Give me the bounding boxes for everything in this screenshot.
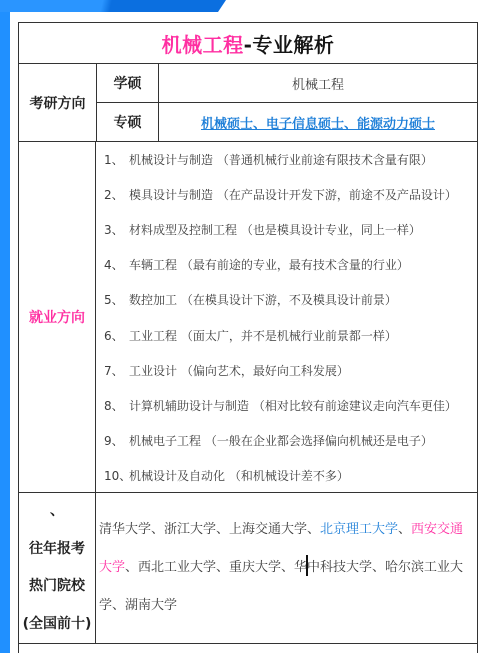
left-accent-bar (0, 0, 10, 653)
item-text: 工业工程 （面太广，并不是机械行业前景都一样） (129, 327, 397, 344)
item-number: 4、 (101, 256, 129, 273)
item-text: 模具设计与制造 （在产品设计开发下游，前途不及产品设计） (129, 186, 457, 203)
university-paragraph[interactable]: 清华大学、浙江大学、上海交通大学、北京理工大学、西安交通大学、西北工业大学、重庆… (96, 493, 477, 644)
item-text: 材料成型及控制工程 （也是模具设计专业，同上一样） (129, 221, 421, 238)
career-item: 5、 数控加工 （在模具设计下游，不及模具设计前景） (101, 282, 477, 317)
university-seg-plain: 、西北工业大学、重庆大学、华 (125, 560, 307, 575)
zhuanshuo-link[interactable]: 机械硕士、电子信息硕士、能源动力硕士 (201, 113, 435, 132)
item-number: 10、 (101, 467, 129, 484)
item-number: 8、 (101, 397, 129, 414)
yuanxiao-section: 、 往年报考 热门院校 (全国前十) 清华大学、浙江大学、上海交通大学、北京理工… (19, 492, 477, 643)
item-text: 计算机辅助设计与制造 （相对比较有前途建议走向汽车更佳） (129, 397, 457, 414)
yuanxiao-label-line: 热门院校 (29, 568, 85, 606)
career-item: 8、 计算机辅助设计与制造 （相对比较有前途建议走向汽车更佳） (101, 388, 477, 423)
content-table: 机械工程-专业解析 考研方向 学硕 机械工程 专硕 机械硕士、电子信息硕士、能源… (18, 22, 478, 653)
university-seg-plain: 、 (398, 522, 411, 537)
yuanxiao-label-line: (全国前十) (23, 606, 92, 644)
item-number: 2、 (101, 186, 129, 203)
career-item: 7、 工业设计 （偏向艺术，最好向工科发展） (101, 353, 477, 388)
career-item: 6、 工业工程 （面太广，并不是机械行业前景都一样） (101, 317, 477, 352)
item-text: 数控加工 （在模具设计下游，不及模具设计前景） (129, 291, 397, 308)
jiuye-row-label: 就业方向 (19, 142, 96, 493)
item-number: 5、 (101, 291, 129, 308)
career-item: 1、 机械设计与制造 （普通机械行业前途有限技术含量有限） (101, 142, 477, 177)
item-text: 机械设计与制造 （普通机械行业前途有限技术含量有限） (129, 151, 433, 168)
top-accent-banner (0, 0, 226, 12)
jiuye-section: 就业方向 1、 机械设计与制造 （普通机械行业前途有限技术含量有限） 2、 模具… (19, 141, 477, 492)
item-text: 机械电子工程 （一般在企业都会选择偏向机械还是电子） (129, 432, 433, 449)
zhuanshuo-label: 专硕 (96, 102, 158, 141)
item-number: 7、 (101, 362, 129, 379)
title-rest: -专业解析 (244, 29, 335, 58)
career-list: 1、 机械设计与制造 （普通机械行业前途有限技术含量有限） 2、 模具设计与制造… (96, 142, 477, 493)
kaoyan-section: 考研方向 学硕 机械工程 专硕 机械硕士、电子信息硕士、能源动力硕士 (19, 63, 477, 141)
bottom-row-stub (19, 643, 477, 651)
item-text: 车辆工程 （最有前途的专业，最有技术含量的行业） (129, 256, 409, 273)
university-seg-plain: 清华大学、浙江大学、上海交通大学、 (99, 522, 320, 537)
kaoyan-row-label: 考研方向 (19, 64, 96, 141)
item-number: 6、 (101, 327, 129, 344)
zhuanshuo-value-cell: 机械硕士、电子信息硕士、能源动力硕士 (158, 102, 477, 141)
table-title: 机械工程-专业解析 (19, 23, 477, 63)
yuanxiao-label-line: 、 (50, 493, 64, 531)
item-text: 机械设计及自动化 （和机械设计差不多） (129, 467, 349, 484)
page-root: { "colors": { "accent_light_blue": "#2a9… (0, 0, 500, 653)
yuanxiao-label-line: 往年报考 (29, 531, 85, 569)
item-number: 9、 (101, 432, 129, 449)
item-number: 3、 (101, 221, 129, 238)
career-item: 9、 机械电子工程 （一般在企业都会选择偏向机械还是电子） (101, 423, 477, 458)
career-item: 4、 车辆工程 （最有前途的专业，最有技术含量的行业） (101, 247, 477, 282)
xueshuo-label: 学硕 (96, 64, 158, 102)
item-number: 1、 (101, 151, 129, 168)
university-names-text: 清华大学、浙江大学、上海交通大学、北京理工大学、西安交通大学、西北工业大学、重庆… (99, 511, 475, 625)
xueshuo-value: 机械工程 (158, 64, 477, 102)
item-text: 工业设计 （偏向艺术，最好向工科发展） (129, 362, 349, 379)
university-seg-bit: 北京理工大学 (320, 522, 398, 537)
career-item: 10、 机械设计及自动化 （和机械设计差不多） (101, 458, 477, 493)
title-highlight: 机械工程 (162, 29, 244, 58)
yuanxiao-row-label: 、 往年报考 热门院校 (全国前十) (19, 493, 96, 644)
career-item: 2、 模具设计与制造 （在产品设计开发下游，前途不及产品设计） (101, 177, 477, 212)
career-item: 3、 材料成型及控制工程 （也是模具设计专业，同上一样） (101, 212, 477, 247)
